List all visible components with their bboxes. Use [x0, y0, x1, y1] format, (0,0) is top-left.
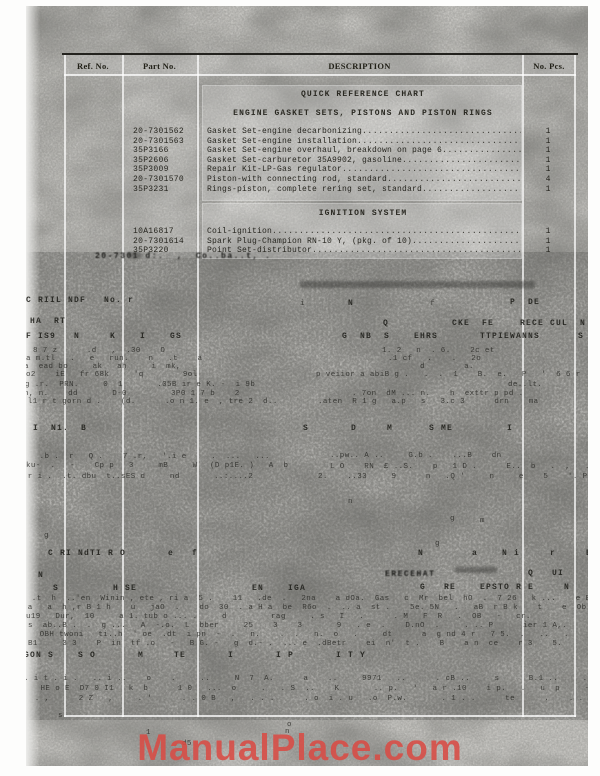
part-number-cell: 20-7301563	[133, 137, 184, 146]
description-cell: Gasket Set-engine decarbonizing.........…	[207, 127, 521, 136]
noise-text-fragment: GON S S O M TE I I P I T Y	[26, 652, 366, 660]
noise-text-fragment: n	[348, 498, 353, 506]
noise-text-fragment: N	[38, 572, 44, 580]
noise-text-fragment: Q	[383, 320, 389, 328]
noise-text-fragment: de..lt.	[508, 381, 542, 389]
description-cell: Spark Plug-Champion RN-10 Y, (pkg. of 10…	[207, 237, 521, 246]
noise-text-fragment: I N1. B	[33, 425, 87, 433]
noise-text-fragment: G NB S EHRS TTPIEWANNS	[342, 333, 540, 341]
noise-text-fragment: f	[430, 300, 435, 308]
noise-text-fragment: C RI NdTI R O e f	[48, 550, 198, 558]
noise-text-fragment: a ead bo ak ah i mk,	[26, 363, 181, 371]
pcs-cell: 1	[526, 185, 570, 194]
noise-text-fragment: . 7on dM ... n. h exttr p pd .	[352, 390, 524, 398]
noise-text-fragment: S D M S ME I	[303, 425, 513, 433]
noise-text-fragment: g	[435, 540, 440, 548]
table-row: 20-7301570Piston-with connecting rod, st…	[64, 175, 576, 185]
dot-leader: ........................................…	[342, 165, 521, 174]
description-cell: Gasket Set-engine overhaul, breakdown on…	[207, 146, 521, 155]
noise-text-fragment: B1 3 3 P in tf .o - B G. - g d.- . ... e…	[28, 640, 588, 648]
dot-leader: ........................................…	[357, 137, 521, 146]
dot-leader: ........................................…	[402, 156, 521, 165]
noise-text-fragment: . r i . .t. dbu t..sES d nd ..:....2	[26, 473, 253, 481]
noise-text-fragment: C RIIL NDF No. r	[26, 297, 134, 305]
dot-leader: ........................................…	[412, 237, 521, 246]
noise-text-fragment: EN IGA	[252, 585, 306, 593]
scanned-document-area: Ref. No. Part No. DESCRIPTION No. Pcs. Q…	[26, 6, 588, 766]
part-number-cell: 20-7301562	[133, 127, 184, 136]
dot-leader: ........................................…	[312, 246, 521, 255]
part-number-cell: 10A16817	[133, 227, 174, 236]
noise-text-fragment: 1 . , 2 Z , . ' . . 0 B , . . . . o i . …	[26, 695, 588, 703]
part-number-cell: 35P3231	[133, 185, 169, 194]
table-row: 35P3231Rings-piston, complete rering set…	[64, 185, 576, 195]
pcs-cell: 1	[526, 227, 570, 236]
noise-text-fragment: 0 HE o E D7 0 I1 k b 1 0 ... o . . S .. …	[26, 685, 588, 693]
pcs-cell: 1	[526, 246, 570, 255]
part-number-cell: 35P2606	[133, 156, 169, 165]
description-cell: Rings-piston, complete rering set, stand…	[207, 185, 521, 194]
noise-text-fragment: RECE CUL N	[520, 320, 586, 328]
noise-text-fragment: G RE EPSTO R E N I S	[420, 584, 588, 592]
table-row: 35P2606Gasket Set-carburetor 35A9902, ga…	[64, 156, 576, 166]
noise-text-fragment: L O RN £ ..S. p 1 D . E.. b . , . .r	[330, 463, 588, 471]
noise-text-fragment: . i t . i . .. i .. o . .. N 7 A. a .. 9…	[26, 675, 588, 683]
noise-text-fragment: s	[58, 712, 63, 720]
noise-text-fragment: g	[450, 515, 455, 523]
noise-text-fragment: CKE FE	[452, 320, 494, 328]
noise-text-fragment: 2. ..33 9 n .Q ' n e 5 '. P	[318, 473, 588, 481]
noise-text-fragment: i a a h ,r B 1 h u jaO . do 30 . a H a b…	[26, 604, 586, 612]
table-row: 10A16817Coil-ignition...................…	[64, 227, 576, 237]
ink-smudge	[455, 567, 497, 573]
part-number-cell: 20-7301570	[133, 175, 184, 184]
noise-text-fragment: i	[300, 300, 305, 308]
table-row: 35P3166Gasket Set-engine overhaul, break…	[64, 146, 576, 156]
description-cell: Coil-ignition...........................…	[207, 227, 521, 236]
noise-text-fragment: n .t h ..'en Winin , ete , ri a 5 . 11 .…	[26, 595, 588, 603]
noise-text-fragment: eg .r. PRN. 0 1 .05B ir e K. - i 9b	[26, 381, 255, 389]
noise-text-fragment: 8 7 z .d , .30 O	[33, 347, 165, 355]
scanned-manual-page: Ref. No. Part No. DESCRIPTION No. Pcs. Q…	[0, 0, 600, 776]
table-row: 35P3009Repair Kit-LP-Gas regulator......…	[64, 165, 576, 175]
noise-text-fragment: ku- . - Cp p 3 mB W	[26, 462, 198, 470]
noise-text-fragment: Q UI	[528, 570, 564, 578]
column-header-no-pcs: No. Pcs.	[522, 61, 576, 71]
dot-leader: ........................................…	[422, 185, 521, 194]
watermark: ManualPlace.com	[0, 727, 600, 769]
noise-text-fragment: N	[348, 300, 354, 308]
noise-text-fragment: 20-7301 d:. , Co..ba..t, .	[95, 253, 271, 261]
description-cell: Repair Kit-LP-Gas regulator.............…	[207, 165, 521, 174]
pcs-cell: 1	[526, 137, 570, 146]
noise-text-fragment: S H SE	[53, 585, 137, 593]
column-header-part-no: Part No.	[122, 61, 197, 71]
noise-text-fragment: p veiior a abiB g . . . 1 B. e. P ' 6 6 …	[316, 371, 581, 379]
column-header-description: DESCRIPTION	[197, 61, 522, 71]
description-cell: Gasket Set-engine installation..........…	[207, 137, 521, 146]
quick-reference-chart-title: QUICK REFERENCE CHART	[203, 90, 523, 99]
column-header-ref-no: Ref. No.	[64, 61, 122, 71]
noise-text-fragment: HA RT	[30, 318, 66, 326]
section-title-engine-gaskets: ENGINE GASKET SETS, PISTONS AND PISTON R…	[203, 109, 523, 118]
noise-text-fragment: u19 Dur, 10 a 1. tub o ... . d rag . s I…	[26, 613, 531, 621]
noise-text-fragment: .1 cf . . 2o	[388, 355, 481, 363]
noise-text-fragment: m	[480, 517, 485, 525]
dot-leader: ........................................…	[387, 175, 521, 184]
noise-text-fragment: d a.	[420, 363, 474, 371]
noise-text-fragment: ..pw.. A .. G.b . ...B dn	[330, 452, 502, 460]
description-cell: Gasket Set-carburetor 35A9902, gasoline.…	[207, 156, 521, 165]
noise-text-fragment: ERECEHAT	[385, 571, 435, 579]
noise-text-fragment: a m.tl . e run. n .t a	[26, 355, 202, 363]
table-row: 20-7301562Gasket Set-engine decarbonizin…	[64, 127, 576, 137]
pcs-cell: 1	[526, 127, 570, 136]
noise-text-fragment: n, n. dd D-0 3P0 1 7 b 2	[26, 390, 240, 398]
noise-text-fragment: I .b . r Q . 7 .r, '.i e . ... ...	[26, 453, 270, 461]
ink-smudge	[128, 252, 142, 258]
noise-text-fragment: 1. 2 n . 6. 2c et	[382, 347, 495, 355]
dot-leader: ........................................…	[272, 227, 521, 236]
section-title-ignition: IGNITION SYSTEM	[203, 209, 523, 218]
pcs-cell: 1	[526, 165, 570, 174]
part-number-cell: 35P3009	[133, 165, 169, 174]
part-number-cell: 20-7301614	[133, 237, 184, 246]
description-cell: Piston-with connecting rod, standard....…	[207, 175, 521, 184]
noise-text-fragment: P DE	[510, 299, 540, 307]
noise-text-fragment: D F IS9 N K I GS	[26, 333, 182, 341]
noise-text-fragment: N a N i r BOE	[418, 550, 588, 558]
noise-text-fragment: g	[44, 532, 49, 540]
ink-smudge	[300, 281, 535, 288]
noise-text-fragment: .aten R 1 g a.p s 3.c 3 drn ma	[318, 398, 539, 406]
noise-text-fragment: e l1 r t gorn d . (d. .o n 1. e , tre 2 …	[26, 398, 278, 406]
noise-text-fragment: o2 iE fr 68k 'q 9ol	[26, 371, 198, 379]
pcs-cell: 1	[526, 156, 570, 165]
dot-leader: ........................................…	[442, 146, 521, 155]
table-row: 20-7301614Spark Plug-Champion RN-10 Y, (…	[64, 237, 576, 247]
noise-text-fragment: S	[578, 333, 584, 341]
part-number-cell: 35P3166	[133, 146, 169, 155]
table-row: 20-7301563Gasket Set-engine installation…	[64, 137, 576, 147]
table-bottom-border	[64, 715, 576, 717]
pcs-cell: 4	[526, 175, 570, 184]
noise-text-fragment: s ab..B . . g ... A -.o. L bber 25 3 3 9…	[28, 622, 567, 630]
noise-text-fragment: 0 OBH twoni ti..h ' oe .dt i pn - . n. .…	[26, 631, 588, 639]
pcs-cell: 1	[526, 146, 570, 155]
pcs-cell: 1	[526, 237, 570, 246]
noise-text-fragment: (D p1E. ) A b	[210, 462, 288, 470]
dot-leader: ........................................…	[362, 127, 521, 136]
